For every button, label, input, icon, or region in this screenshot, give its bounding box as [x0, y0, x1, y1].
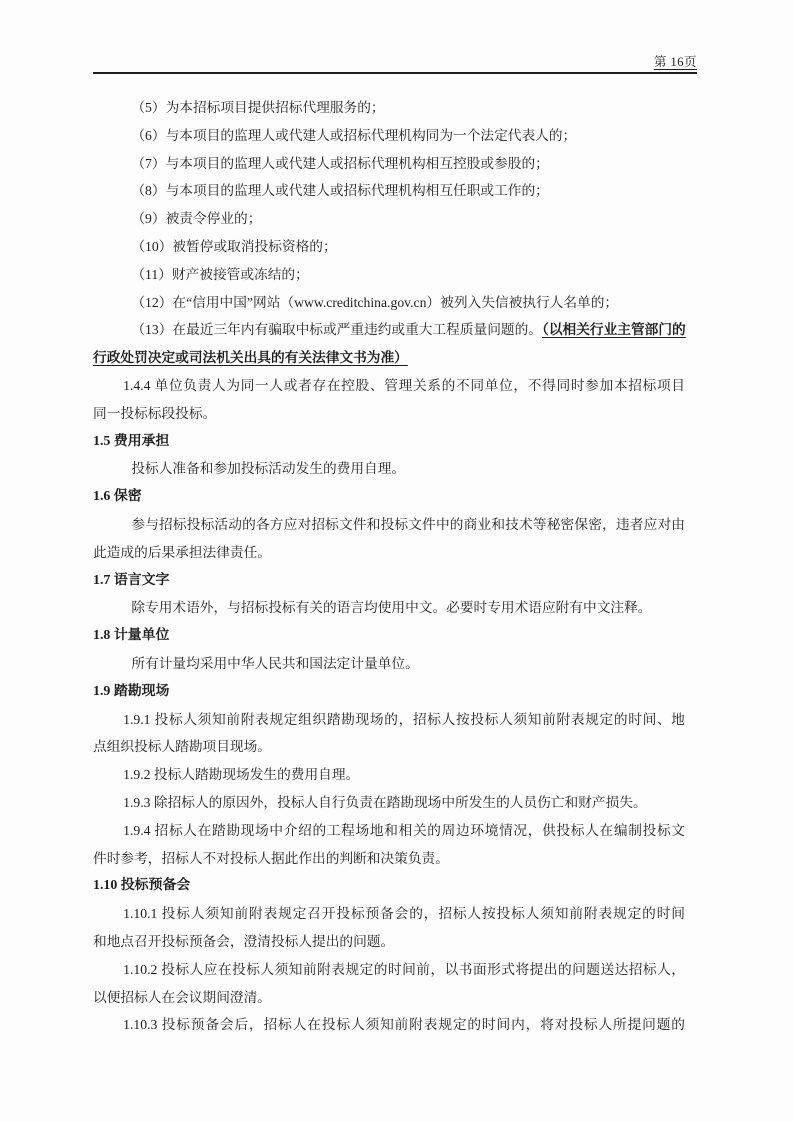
text-run: 1.4.4 单位负责人为同一人或者存在控股、管理关系的不同单位，不得同时参加本招… — [123, 378, 685, 393]
paragraph-line: 1.9.2 投标人踏勘现场发生的费用自理。 — [93, 761, 685, 789]
paragraph-line: 1.9.4 招标人在踏勘现场中介绍的工程场地和相关的周边环境情况，供投标人在编制… — [93, 817, 685, 845]
text-run: （10）被暂停或取消投标资格的； — [131, 239, 336, 254]
text-run: 1.6 保密 — [93, 489, 142, 504]
list-item-line: （6）与本项目的监理人或代建人或招标代理机构同为一个法定代表人的； — [93, 122, 685, 150]
text-run: 除专用术语外，与招标投标有关的语言均使用中文。必要时专用术语应附有中文注释。 — [131, 600, 651, 615]
paragraph-line: 除专用术语外，与招标投标有关的语言均使用中文。必要时专用术语应附有中文注释。 — [93, 594, 685, 622]
text-run: 1.9.3 除招标人的原因外，投标人自行负责在踏勘现场中所发生的人员伤亡和财产损… — [123, 795, 647, 810]
text-run: 和地点召开投标预备会，澄清投标人提出的问题。 — [93, 934, 394, 949]
text-run: （12）在“信用中国”网站（www.creditchina.gov.cn）被列入… — [131, 295, 618, 310]
text-run: 1.9 踏勘现场 — [93, 684, 169, 699]
paragraph-continuation-line: 同一投标标段投标。 — [93, 400, 685, 428]
text-run: 参与招标投标活动的各方应对招标文件和投标文件中的商业和技术等秘密保密，违者应对由 — [131, 517, 685, 532]
text-run: （7）与本项目的监理人或代建人或招标代理机构相互控股或参股的； — [131, 156, 548, 171]
section-heading: 1.5 费用承担 — [93, 428, 685, 456]
text-run: 同一投标标段投标。 — [93, 406, 216, 421]
paragraph-line: 1.10.1 投标人须知前附表规定召开投标预备会的，招标人按投标人须知前附表规定… — [93, 900, 685, 928]
document-page: 第 16页 （5）为本招标项目提供招标代理服务的；（6）与本项目的监理人或代建人… — [0, 0, 793, 1122]
list-item-line: （7）与本项目的监理人或代建人或招标代理机构相互控股或参股的； — [93, 150, 685, 178]
paragraph-continuation-line: 和地点召开投标预备会，澄清投标人提出的问题。 — [93, 928, 685, 956]
text-run: 1.8 计量单位 — [93, 628, 169, 643]
page-number: 第 16页 — [654, 54, 697, 71]
text-run: （9）被责令停业的； — [131, 211, 261, 226]
text-run: （8）与本项目的监理人或代建人或招标代理机构相互任职或工作的； — [131, 183, 548, 198]
list-item-line: （5）为本招标项目提供招标代理服务的； — [93, 94, 685, 122]
paragraph-line: 1.10.3 投标预备会后，招标人在投标人须知前附表规定的时间内，将对投标人所提… — [93, 1011, 685, 1039]
text-run: 1.7 语言文字 — [93, 573, 169, 588]
text-run: 1.10.1 投标人须知前附表规定召开投标预备会的，招标人按投标人须知前附表规定… — [123, 906, 685, 921]
paragraph-line: 参与招标投标活动的各方应对招标文件和投标文件中的商业和技术等秘密保密，违者应对由 — [93, 511, 685, 539]
text-run: 所有计量均采用中华人民共和国法定计量单位。 — [131, 656, 418, 671]
paragraph-continuation-line: 此造成的后果承担法律责任。 — [93, 539, 685, 567]
list-item-line: （10）被暂停或取消投标资格的； — [93, 233, 685, 261]
text-run: （11）财产被接管或冻结的； — [131, 267, 308, 282]
underlined-legal-note: （以相关行业主管部门的 — [542, 322, 686, 337]
paragraph-line: 投标人准备和参加投标活动发生的费用自理。 — [93, 455, 685, 483]
paragraph-line: 1.4.4 单位负责人为同一人或者存在控股、管理关系的不同单位，不得同时参加本招… — [93, 372, 685, 400]
paragraph-continuation-line: 件时参考，招标人不对投标人据此作出的判断和决策负责。 — [93, 845, 685, 873]
paragraph-line: 所有计量均采用中华人民共和国法定计量单位。 — [93, 650, 685, 678]
section-heading: 1.9 踏勘现场 — [93, 678, 685, 706]
list-item-line: （11）财产被接管或冻结的； — [93, 261, 685, 289]
list-item-line: （8）与本项目的监理人或代建人或招标代理机构相互任职或工作的； — [93, 177, 685, 205]
document-body: （5）为本招标项目提供招标代理服务的；（6）与本项目的监理人或代建人或招标代理机… — [93, 94, 685, 1039]
text-run: 1.9.2 投标人踏勘现场发生的费用自理。 — [123, 767, 359, 782]
page-header: 第 16页 — [93, 0, 697, 74]
text-run: 投标人准备和参加投标活动发生的费用自理。 — [131, 461, 405, 476]
list-item-line: （13）在最近三年内有骗取中标或严重违约或重大工程质量问题的。（以相关行业主管部… — [93, 316, 685, 344]
list-item-line: （9）被责令停业的； — [93, 205, 685, 233]
paragraph-continuation-line: 行政处罚决定或司法机关出具的有关法律文书为准） — [93, 344, 685, 372]
paragraph-line: 1.9.1 投标人须知前附表规定组织踏勘现场的，招标人按投标人须知前附表规定的时… — [93, 706, 685, 734]
section-heading: 1.10 投标预备会 — [93, 872, 685, 900]
list-item-line: （12）在“信用中国”网站（www.creditchina.gov.cn）被列入… — [93, 289, 685, 317]
paragraph-line: 1.9.3 除招标人的原因外，投标人自行负责在踏勘现场中所发生的人员伤亡和财产损… — [93, 789, 685, 817]
text-run: 1.10.3 投标预备会后，招标人在投标人须知前附表规定的时间内，将对投标人所提… — [123, 1017, 685, 1032]
text-run: （6）与本项目的监理人或代建人或招标代理机构同为一个法定代表人的； — [131, 128, 576, 143]
paragraph-line: 1.10.2 投标人应在投标人须知前附表规定的时间前，以书面形式将提出的问题送达… — [93, 956, 685, 984]
text-run: 1.10.2 投标人应在投标人须知前附表规定的时间前，以书面形式将提出的问题送达… — [123, 962, 685, 977]
section-heading: 1.7 语言文字 — [93, 567, 685, 595]
text-run: 此造成的后果承担法律责任。 — [93, 545, 271, 560]
text-run: 1.10 投标预备会 — [93, 878, 190, 893]
text-run: 件时参考，招标人不对投标人据此作出的判断和决策负责。 — [93, 851, 449, 866]
text-run: （13）在最近三年内有骗取中标或严重违约或重大工程质量问题的。 — [131, 322, 542, 337]
text-run: （5）为本招标项目提供招标代理服务的； — [131, 100, 384, 115]
underlined-legal-note: 行政处罚决定或司法机关出具的有关法律文书为准） — [93, 350, 408, 365]
text-run: 1.9.4 招标人在踏勘现场中介绍的工程场地和相关的周边环境情况，供投标人在编制… — [123, 823, 685, 838]
paragraph-continuation-line: 点组织投标人踏勘项目现场。 — [93, 733, 685, 761]
text-run: 点组织投标人踏勘项目现场。 — [93, 739, 271, 754]
text-run: 1.9.1 投标人须知前附表规定组织踏勘现场的，招标人按投标人须知前附表规定的时… — [123, 712, 685, 727]
paragraph-continuation-line: 以便招标人在会议期间澄清。 — [93, 984, 685, 1012]
section-heading: 1.8 计量单位 — [93, 622, 685, 650]
section-heading: 1.6 保密 — [93, 483, 685, 511]
text-run: 以便招标人在会议期间澄清。 — [93, 990, 271, 1005]
text-run: 1.5 费用承担 — [93, 434, 169, 449]
